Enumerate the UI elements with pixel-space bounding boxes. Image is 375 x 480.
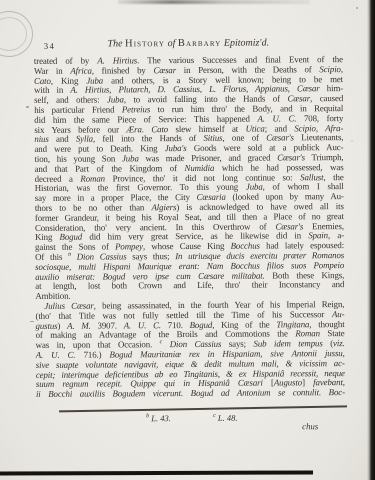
scan-edge-right (367, 0, 375, 480)
body-line: at length, lost both Crown and Life, thr… (35, 280, 344, 292)
page-content: 34 The History of Barbary Epitomiz'd. tr… (0, 0, 375, 480)
footnote-text: L. 43. (151, 413, 171, 423)
footnotes: b L. 43. c L. 48. (1, 412, 375, 426)
body-text: treated of by A. Hirtius. The various Su… (34, 55, 345, 400)
footnote-marker: b (146, 413, 149, 419)
title-word-the: The (107, 38, 122, 49)
running-title: The History of Barbary Epitomiz'd. (34, 37, 343, 50)
page-number: 34 (44, 41, 56, 51)
footnote-c: c L. 48. (213, 413, 237, 423)
footnote-b: b L. 43. (146, 413, 171, 423)
title-word-of: of (168, 38, 176, 49)
title-word-barbary: Barbary (178, 38, 222, 49)
footnote-text: L. 48. (218, 413, 238, 423)
catchword: chus (302, 421, 318, 431)
footnote-rule (59, 405, 347, 412)
page-header: 34 The History of Barbary Epitomiz'd. (34, 37, 343, 53)
footnote-marker: c (213, 413, 216, 419)
book-page-scan: 34 The History of Barbary Epitomiz'd. tr… (0, 0, 375, 480)
body-line: ii Bocchi auxiliis Bogudem vicerunt. Bog… (36, 388, 345, 400)
title-word-history: History (125, 38, 165, 49)
title-word-epitomizd: Epitomiz'd. (224, 37, 269, 48)
